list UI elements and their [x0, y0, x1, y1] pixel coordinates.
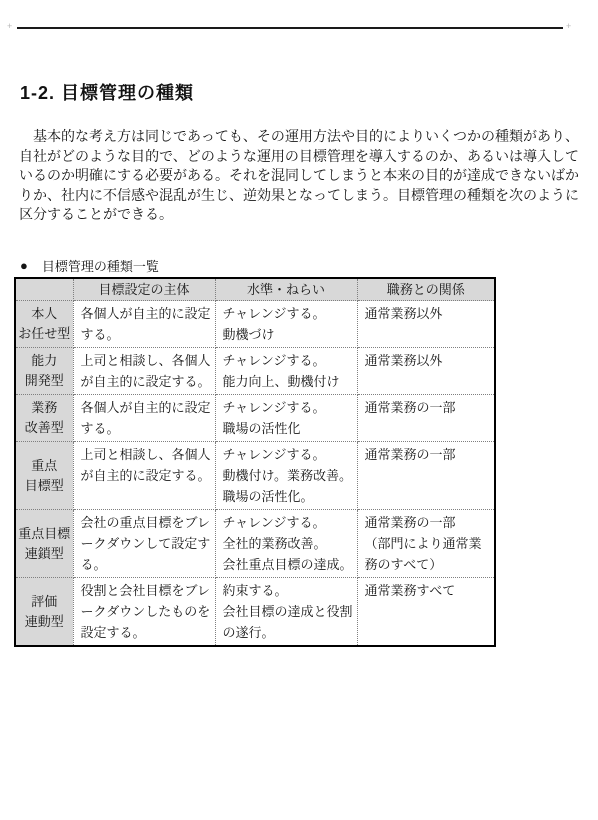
column-header-subject: 目標設定の主体: [73, 278, 215, 301]
document-page: + + 1-2. 目標管理の種類 基本的な考え方は同じであっても、その運用方法や…: [0, 0, 598, 820]
section-title: 1-2. 目標管理の種類: [20, 79, 194, 105]
aim-cell: チャレンジする。 全社的業務改善。 会社重点目標の達成。: [215, 510, 357, 578]
type-cell: 本人 お任せ型: [15, 301, 73, 348]
intro-paragraph: 基本的な考え方は同じであっても、その運用方法や目的によりいくつかの種類があり、自…: [19, 127, 579, 225]
aim-cell: チャレンジする。 職場の活性化: [215, 395, 357, 442]
mbo-types-table: 目標設定の主体 水準・ねらい 職務との関係 本人 お任せ型 各個人が自主的に設定…: [14, 277, 496, 647]
type-cell: 重点 目標型: [15, 442, 73, 510]
aim-cell: 約束する。 会社目標の達成と役割の遂行。: [215, 578, 357, 647]
table-row: 本人 お任せ型 各個人が自主的に設定する。 チャレンジする。 動機づけ 通常業務…: [15, 301, 495, 348]
bullet-icon: ●: [20, 258, 28, 273]
list-heading: ● 目標管理の種類一覧: [20, 256, 159, 275]
aim-cell: チャレンジする。 能力向上、動機付け: [215, 348, 357, 395]
crop-mark-left-icon: +: [7, 22, 12, 31]
column-header-type: [15, 278, 73, 301]
column-header-aim: 水準・ねらい: [215, 278, 357, 301]
aim-cell: チャレンジする。 動機づけ: [215, 301, 357, 348]
relation-cell: 通常業務の一部: [357, 442, 495, 510]
aim-cell: チャレンジする。 動機付け。業務改善。 職場の活性化。: [215, 442, 357, 510]
table-row: 業務 改善型 各個人が自主的に設定する。 チャレンジする。 職場の活性化 通常業…: [15, 395, 495, 442]
column-header-relation: 職務との関係: [357, 278, 495, 301]
type-cell: 重点目標 連鎖型: [15, 510, 73, 578]
subject-cell: 会社の重点目標をブレークダウンして設定する。: [73, 510, 215, 578]
subject-cell: 各個人が自主的に設定する。: [73, 301, 215, 348]
relation-cell: 通常業務以外: [357, 348, 495, 395]
header-rule: [17, 27, 563, 29]
table-row: 重点目標 連鎖型 会社の重点目標をブレークダウンして設定する。 チャレンジする。…: [15, 510, 495, 578]
crop-mark-right-icon: +: [566, 22, 571, 31]
relation-cell: 通常業務の一部: [357, 395, 495, 442]
subject-cell: 各個人が自主的に設定する。: [73, 395, 215, 442]
type-cell: 業務 改善型: [15, 395, 73, 442]
relation-cell: 通常業務の一部 （部門により通常業務のすべて）: [357, 510, 495, 578]
list-heading-label: 目標管理の種類一覧: [42, 256, 159, 275]
subject-cell: 役割と会社目標をブレークダウンしたものを設定する。: [73, 578, 215, 647]
subject-cell: 上司と相談し、各個人が自主的に設定する。: [73, 348, 215, 395]
relation-cell: 通常業務以外: [357, 301, 495, 348]
table-row: 評価 連動型 役割と会社目標をブレークダウンしたものを設定する。 約束する。 会…: [15, 578, 495, 647]
subject-cell: 上司と相談し、各個人が自主的に設定する。: [73, 442, 215, 510]
type-cell: 能力 開発型: [15, 348, 73, 395]
table-header-row: 目標設定の主体 水準・ねらい 職務との関係: [15, 278, 495, 301]
table-row: 重点 目標型 上司と相談し、各個人が自主的に設定する。 チャレンジする。 動機付…: [15, 442, 495, 510]
table-row: 能力 開発型 上司と相談し、各個人が自主的に設定する。 チャレンジする。 能力向…: [15, 348, 495, 395]
relation-cell: 通常業務すべて: [357, 578, 495, 647]
type-cell: 評価 連動型: [15, 578, 73, 647]
